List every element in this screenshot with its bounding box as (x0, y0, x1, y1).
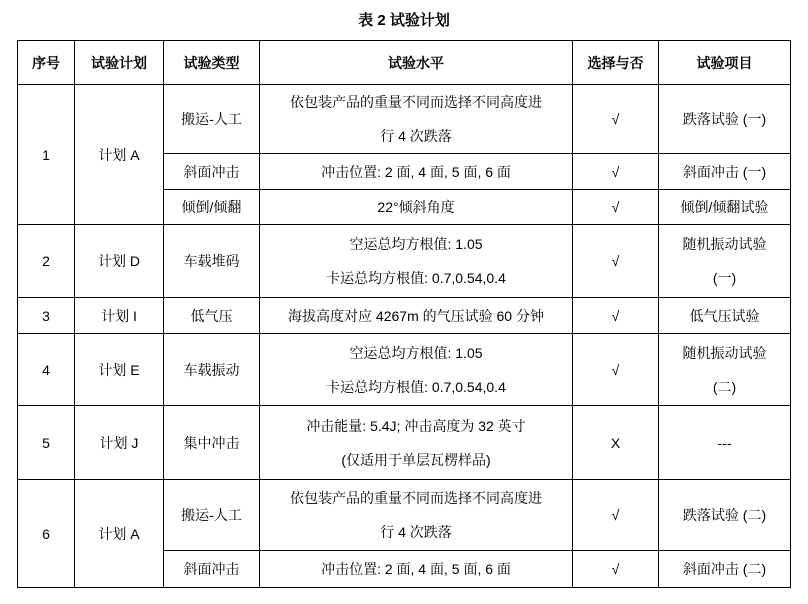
item-line: --- (662, 426, 787, 460)
cell-plan: 计划 J (75, 406, 164, 480)
cell-type: 搬运-人工 (164, 480, 260, 551)
cell-item: --- (659, 406, 791, 480)
level-line: 行 4 次跌落 (263, 515, 569, 549)
cell-type: 低气压 (164, 298, 260, 334)
cell-level: 冲击位置: 2 面, 4 面, 5 面, 6 面 (260, 154, 573, 190)
cell-no: 1 (18, 85, 75, 225)
col-header-level: 试验水平 (260, 41, 573, 85)
cell-plan: 计划 A (75, 85, 164, 225)
table-row: 5 计划 J 集中冲击 冲击能量: 5.4J; 冲击高度为 32 英寸 (仅适用… (18, 406, 791, 480)
item-line: 倾倒/倾翻试验 (662, 190, 787, 224)
cell-level: 依包装产品的重量不同而选择不同高度进 行 4 次跌落 (260, 85, 573, 154)
cell-item: 跌落试验 (一) (659, 85, 791, 154)
cell-type: 车载振动 (164, 334, 260, 406)
level-line: (仅适用于单层瓦楞样品) (263, 443, 569, 477)
cell-no: 6 (18, 480, 75, 588)
table-row: 2 计划 D 车载堆码 空运总均方根值: 1.05 卡运总均方根值: 0.7,0… (18, 225, 791, 298)
item-line: 斜面冲击 (一) (662, 155, 787, 189)
item-line: (二) (662, 370, 787, 404)
cell-level: 冲击位置: 2 面, 4 面, 5 面, 6 面 (260, 551, 573, 588)
col-header-selected: 选择与否 (573, 41, 659, 85)
level-line: 空运总均方根值: 1.05 (263, 336, 569, 370)
document-page: 表 2 试验计划 序号 试验计划 试验类型 试验水平 选择与否 试验项目 1 计… (0, 0, 808, 604)
table-row: 3 计划 I 低气压 海拔高度对应 4267m 的气压试验 60 分钟 √ 低气… (18, 298, 791, 334)
cell-level: 冲击能量: 5.4J; 冲击高度为 32 英寸 (仅适用于单层瓦楞样品) (260, 406, 573, 480)
cell-selected: X (573, 406, 659, 480)
level-line: 冲击位置: 2 面, 4 面, 5 面, 6 面 (263, 552, 569, 586)
cell-item: 跌落试验 (二) (659, 480, 791, 551)
header-row: 序号 试验计划 试验类型 试验水平 选择与否 试验项目 (18, 41, 791, 85)
table-row: 1 计划 A 搬运-人工 依包装产品的重量不同而选择不同高度进 行 4 次跌落 … (18, 85, 791, 154)
cell-type: 斜面冲击 (164, 154, 260, 190)
level-line: 卡运总均方根值: 0.7,0.54,0.4 (263, 370, 569, 404)
cell-type: 搬运-人工 (164, 85, 260, 154)
cell-type: 车载堆码 (164, 225, 260, 298)
item-line: 跌落试验 (二) (662, 498, 787, 532)
cell-type: 集中冲击 (164, 406, 260, 480)
table-row: 4 计划 E 车载振动 空运总均方根值: 1.05 卡运总均方根值: 0.7,0… (18, 334, 791, 406)
cell-selected: √ (573, 85, 659, 154)
level-line: 依包装产品的重量不同而选择不同高度进 (263, 481, 569, 515)
cell-no: 4 (18, 334, 75, 406)
table-title: 表 2 试验计划 (0, 10, 808, 32)
item-line: 低气压试验 (662, 299, 787, 333)
cell-type: 倾倒/倾翻 (164, 190, 260, 225)
cell-selected: √ (573, 298, 659, 334)
cell-item: 斜面冲击 (一) (659, 154, 791, 190)
table-row: 6 计划 A 搬运-人工 依包装产品的重量不同而选择不同高度进 行 4 次跌落 … (18, 480, 791, 551)
level-line: 冲击位置: 2 面, 4 面, 5 面, 6 面 (263, 155, 569, 189)
cell-level: 22°倾斜角度 (260, 190, 573, 225)
cell-no: 3 (18, 298, 75, 334)
cell-no: 2 (18, 225, 75, 298)
col-header-item: 试验项目 (659, 41, 791, 85)
cell-item: 倾倒/倾翻试验 (659, 190, 791, 225)
level-line: 冲击能量: 5.4J; 冲击高度为 32 英寸 (263, 409, 569, 443)
cell-no: 5 (18, 406, 75, 480)
cell-selected: √ (573, 480, 659, 551)
cell-selected: √ (573, 551, 659, 588)
level-line: 空运总均方根值: 1.05 (263, 227, 569, 261)
cell-item: 低气压试验 (659, 298, 791, 334)
cell-item: 随机振动试验 (一) (659, 225, 791, 298)
cell-plan: 计划 D (75, 225, 164, 298)
level-line: 海拔高度对应 4267m 的气压试验 60 分钟 (263, 299, 569, 333)
cell-selected: √ (573, 154, 659, 190)
level-line: 22°倾斜角度 (263, 190, 569, 224)
cell-plan: 计划 E (75, 334, 164, 406)
cell-level: 空运总均方根值: 1.05 卡运总均方根值: 0.7,0.54,0.4 (260, 225, 573, 298)
item-line: 跌落试验 (一) (662, 102, 787, 136)
cell-item: 随机振动试验 (二) (659, 334, 791, 406)
item-line: 随机振动试验 (662, 227, 787, 261)
level-line: 卡运总均方根值: 0.7,0.54,0.4 (263, 261, 569, 295)
item-line: 随机振动试验 (662, 336, 787, 370)
item-line: (一) (662, 261, 787, 295)
test-plan-table: 序号 试验计划 试验类型 试验水平 选择与否 试验项目 1 计划 A 搬运-人工… (17, 40, 791, 588)
cell-level: 海拔高度对应 4267m 的气压试验 60 分钟 (260, 298, 573, 334)
cell-item: 斜面冲击 (二) (659, 551, 791, 588)
level-line: 行 4 次跌落 (263, 119, 569, 153)
cell-plan: 计划 A (75, 480, 164, 588)
cell-level: 空运总均方根值: 1.05 卡运总均方根值: 0.7,0.54,0.4 (260, 334, 573, 406)
col-header-plan: 试验计划 (75, 41, 164, 85)
cell-plan: 计划 I (75, 298, 164, 334)
level-line: 依包装产品的重量不同而选择不同高度进 (263, 85, 569, 119)
cell-type: 斜面冲击 (164, 551, 260, 588)
cell-selected: √ (573, 225, 659, 298)
cell-selected: √ (573, 190, 659, 225)
cell-selected: √ (573, 334, 659, 406)
col-header-no: 序号 (18, 41, 75, 85)
item-line: 斜面冲击 (二) (662, 552, 787, 586)
cell-level: 依包装产品的重量不同而选择不同高度进 行 4 次跌落 (260, 480, 573, 551)
col-header-type: 试验类型 (164, 41, 260, 85)
